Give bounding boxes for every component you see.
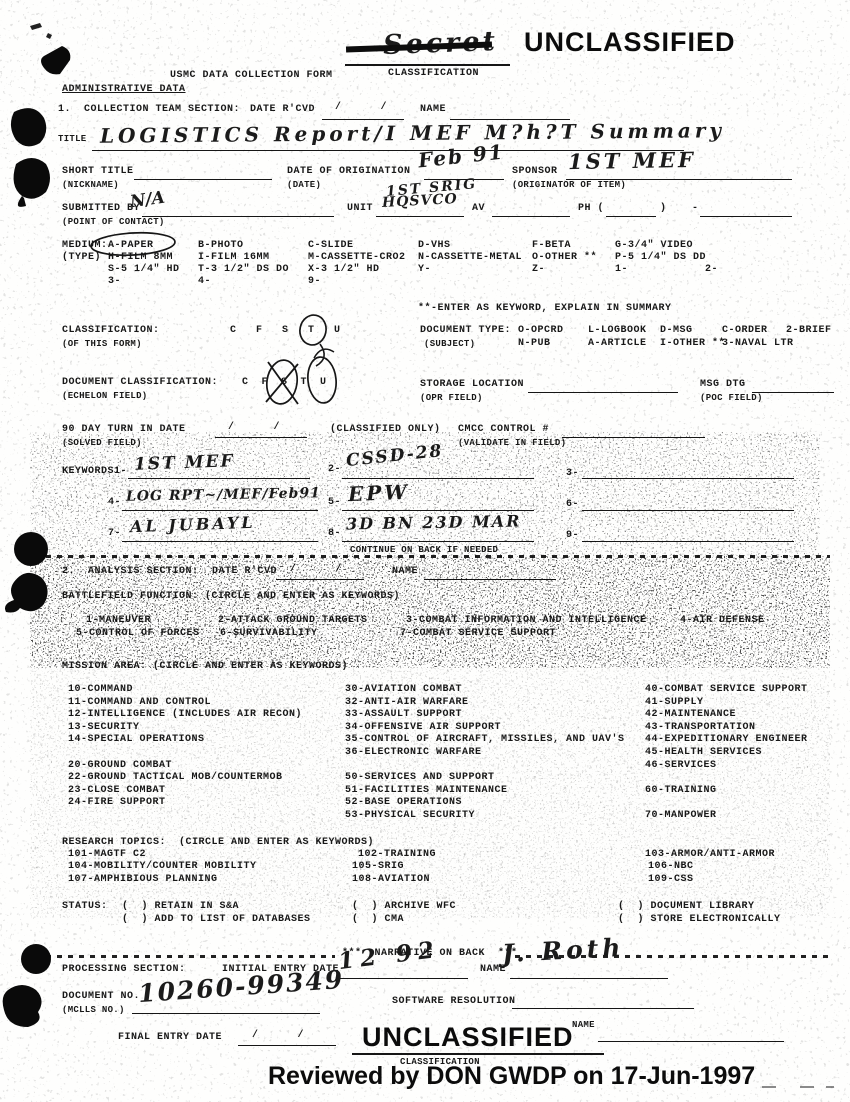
validate-caption: (VALIDATE IN FIELD) [458, 437, 566, 449]
circle-docclas-tail [314, 349, 334, 358]
unit-handwriting: HQSVCO [382, 191, 458, 211]
short-title-blank [134, 179, 272, 180]
submitted-handwriting: N/A [129, 188, 166, 213]
processing-label: PROCESSING SECTION: [62, 964, 186, 976]
doc-type-article: A-ARTICLE [588, 338, 647, 350]
doc-type-label: DOCUMENT TYPE: [420, 325, 511, 337]
kw-num-1: 1- [114, 466, 127, 478]
kw-num-6: 6- [566, 499, 579, 511]
doc-type-naval-ltr: 3-NAVAL LTR [722, 338, 794, 350]
ph-blank-1 [606, 216, 656, 217]
status-archive: ( ) ARCHIVE WFC [352, 901, 456, 913]
research-nbc: 106-NBC [648, 861, 694, 873]
kw-blank-2 [342, 478, 534, 479]
list-item: 51-FACILITIES MAINTENANCE [345, 785, 625, 798]
kw-num-7: 7- [108, 528, 121, 540]
medium-p-disk: P-5 1/4" DS DD [615, 252, 706, 264]
list-item: 34-OFFENSIVE AIR SUPPORT [345, 722, 625, 735]
research-aviation: 108-AVIATION [352, 874, 430, 886]
list-item: 23-CLOSE COMBAT [68, 785, 302, 798]
kw-value-8: 3D BN 23D MAR [346, 511, 522, 533]
s2-name-blank [424, 579, 556, 580]
ph-dash: - [692, 203, 699, 215]
bottom-name-blank [598, 1041, 784, 1042]
footer-dash-2 [800, 1086, 834, 1088]
av-blank [492, 216, 570, 217]
list-item: 44-EXPEDITIONARY ENGINEER [645, 734, 808, 747]
list-item: 60-TRAINING [645, 785, 808, 798]
list-item: 10-COMMAND [68, 684, 302, 697]
date-caption: (DATE) [287, 179, 321, 191]
research-armor: 103-ARMOR/ANTI-ARMOR [645, 849, 775, 861]
list-item: 35-CONTROL OF AIRCRAFT, MISSILES, AND UA… [345, 734, 625, 747]
bf-attack-ground: 2-ATTACK GROUND TARGETS [218, 615, 368, 627]
medium-s-disk: S-5 1/4" HD [108, 264, 180, 276]
kw-blank-8 [342, 541, 534, 542]
msg-dtg-label: MSG DTG [700, 379, 746, 391]
research-mobility: 104-MOBILITY/COUNTER MOBILITY [68, 861, 257, 873]
bf-survivability: 6-SURVIVABILITY [220, 628, 318, 640]
docclas-letters: C F S T U [242, 377, 327, 389]
bf-combat-service: 7-COMBAT SERVICE SUPPORT [400, 628, 556, 640]
kw-blank-9 [582, 541, 794, 542]
bf-combat-info: 3-COMBAT INFORMATION AND INTELLIGENCE [406, 615, 647, 627]
s2-date-rcvd-label: DATE R'CVD [212, 566, 277, 578]
kw-blank-1 [128, 478, 310, 479]
doc-type-logbook: L-LOGBOOK [588, 325, 647, 337]
list-item: 32-ANTI-AIR WARFARE [345, 697, 625, 710]
kw-num-9: 9- [566, 530, 579, 542]
turnin-blank [215, 437, 307, 438]
ink-blob [11, 108, 46, 146]
list-item: 36-ELECTRONIC WARFARE [345, 747, 625, 760]
kw-value-2: CSSD-28 [345, 441, 444, 471]
circle-clas-u-tail [316, 344, 324, 366]
medium-x-disk: X-3 1/2" HD [308, 264, 380, 276]
doc-type-msg: D-MSG [660, 325, 693, 337]
list-item: 42-MAINTENANCE [645, 709, 808, 722]
list-item: 43-TRANSPORTATION [645, 722, 808, 735]
kw-value-1: 1ST MEF [134, 451, 235, 474]
list-item: 22-GROUND TACTICAL MOB/COUNTERMOB [68, 772, 302, 785]
submitted-blank [142, 216, 334, 217]
status-retain: ( ) RETAIN IN S&A [122, 901, 239, 913]
medium-m-cassette: M-CASSETTE-CRO2 [308, 252, 406, 264]
medium-d-vhs: D-VHS [418, 240, 451, 252]
ink-blob [5, 573, 48, 613]
medium-footnote: **-ENTER AS KEYWORD, EXPLAIN IN SUMMARY [418, 303, 672, 315]
list-item [645, 772, 808, 785]
doc-type-order: C-ORDER [722, 325, 768, 337]
list-item [345, 760, 625, 773]
kw-num-2: 2- [328, 464, 341, 476]
status-cma: ( ) CMA [352, 914, 404, 926]
bf-control-forces: 5-CONTROL OF FORCES [76, 628, 200, 640]
kw-num-8: 8- [328, 528, 341, 540]
medium-2: 2- [705, 264, 718, 276]
poc-caption: (POINT OF CONTACT) [62, 216, 165, 228]
ink-blob [14, 532, 48, 566]
classified-only-label: (CLASSIFIED ONLY) [330, 424, 441, 436]
medium-3: 3- [108, 276, 121, 288]
document-no-label: DOCUMENT NO. [62, 991, 140, 1003]
research-css: 109-CSS [648, 874, 694, 886]
clas-of-form-caption: (OF THIS FORM) [62, 338, 142, 350]
final-entry-slashes: / / [252, 1030, 304, 1042]
medium-b-photo: B-PHOTO [198, 240, 244, 252]
medium-g-video: G-3/4" VIDEO [615, 240, 693, 252]
clas-letters: C F S T U [230, 325, 341, 337]
classification-caption: CLASSIFICATION [388, 68, 479, 80]
opr-caption: (OPR FIELD) [420, 392, 483, 404]
s2-date-blank [276, 579, 364, 580]
list-item: 33-ASSAULT SUPPORT [345, 709, 625, 722]
docclas-label: DOCUMENT CLASSIFICATION: [62, 377, 218, 389]
list-item [645, 797, 808, 810]
sponsor-handwriting: 1ST MEF [568, 147, 696, 174]
subject-caption: (SUBJECT) [424, 338, 475, 350]
unclassified-stamp-top: UNCLASSIFIED [524, 27, 736, 58]
medium-z: Z- [532, 264, 545, 276]
title-label: TITLE [58, 133, 87, 145]
research-amphibious: 107-AMPHIBIOUS PLANNING [68, 874, 218, 886]
list-item: 30-AVIATION COMBAT [345, 684, 625, 697]
solved-caption: (SOLVED FIELD) [62, 437, 142, 449]
cmcc-label: CMCC CONTROL # [458, 424, 549, 436]
storage-blank [528, 392, 678, 393]
date-rcvd-slashes: / / [335, 102, 387, 114]
name-label: NAME [420, 104, 446, 116]
list-item: 24-FIRE SUPPORT [68, 797, 302, 810]
stamp-underline [352, 1053, 604, 1055]
software-resolution-blank [512, 1008, 694, 1009]
list-item: 12-INTELLIGENCE (INCLUDES AIR RECON) [68, 709, 302, 722]
research-magtf: 101-MAGTF C2 [68, 849, 146, 861]
list-item: 13-SECURITY [68, 722, 302, 735]
short-title-label: SHORT TITLE [62, 166, 134, 178]
origination-label: DATE OF ORIGINATION [287, 166, 411, 178]
s2-name-label: NAME [392, 566, 418, 578]
narrative-divider-left [35, 955, 335, 958]
list-item: 20-GROUND COMBAT [68, 760, 302, 773]
list-item: 14-SPECIAL OPERATIONS [68, 734, 302, 747]
poc-field-caption: (POC FIELD) [700, 392, 763, 404]
kw-blank-6 [582, 510, 794, 511]
mclls-caption: (MCLLS NO.) [62, 1004, 125, 1016]
section-divider [35, 555, 830, 558]
msg-dtg-blank [752, 392, 834, 393]
submitted-by-label: SUBMITTED BY [62, 203, 140, 215]
kw-blank-7 [122, 541, 318, 542]
ink-blob [30, 23, 52, 39]
final-entry-label: FINAL ENTRY DATE [118, 1032, 222, 1044]
document-no-blank [132, 1013, 320, 1014]
section1-heading: 1. COLLECTION TEAM SECTION: [58, 104, 240, 116]
classification-line [345, 64, 510, 66]
doc-type-pub: N-PUB [518, 338, 551, 350]
title-handwriting: LOGISTICS Report/I MEF M?h?T Summary [100, 118, 725, 147]
list-item: 53-PHYSICAL SECURITY [345, 810, 625, 823]
s2-date-slashes: / / [290, 564, 342, 576]
echelon-caption: (ECHELON FIELD) [62, 390, 148, 402]
unit-blank [376, 216, 464, 217]
medium-1: 1- [615, 264, 628, 276]
list-item [68, 747, 302, 760]
kw-value-7: AL JUBAYL [130, 513, 256, 536]
ph-label: PH ( [578, 203, 604, 215]
list-item: 45-HEALTH SERVICES [645, 747, 808, 760]
kw-num-4: 4- [108, 497, 121, 509]
admin-data-heading: ADMINISTRATIVE DATA [62, 84, 186, 96]
ph-blank-2 [700, 216, 792, 217]
footer-dash-1 [762, 1086, 788, 1088]
unit-label: UNIT [347, 203, 373, 215]
bottom-name-label: NAME [572, 1019, 595, 1031]
medium-h-film: H-FILM 8MM [108, 252, 173, 264]
list-item: 41-SUPPLY [645, 697, 808, 710]
medium-9: 9- [308, 276, 321, 288]
section2-heading: 2. ANALYSIS SECTION: [62, 566, 199, 578]
mission-area-label: MISSION AREA: (CIRCLE AND ENTER AS KEYWO… [62, 661, 348, 673]
status-add-databases: ( ) ADD TO LIST OF DATABASES [122, 914, 311, 926]
medium-label: MEDIUM: [62, 240, 108, 252]
kw-value-4: LOG RPT~/MEF/Feb91 [126, 485, 321, 504]
software-resolution-label: SOFTWARE RESOLUTION [392, 996, 516, 1008]
battlefield-function-label: BATTLEFIELD FUNCTION: (CIRCLE AND ENTER … [62, 591, 400, 603]
form-title: USMC DATA COLLECTION FORM [170, 70, 333, 82]
bf-maneuver: 1-MANEUVER [86, 615, 151, 627]
list-item: 46-SERVICES [645, 760, 808, 773]
unclassified-stamp-bottom: UNCLASSIFIED [362, 1022, 574, 1053]
ink-blob [41, 46, 70, 74]
ink-blob [3, 985, 42, 1027]
originator-caption: (ORIGINATOR OF ITEM) [512, 179, 626, 191]
kw-value-5: EPW [348, 480, 411, 506]
medium-t-disk: T-3 1/2" DS DO [198, 264, 289, 276]
cmcc-blank [562, 437, 705, 438]
review-note: Reviewed by DON GWDP on 17-Jun-1997 [268, 1062, 755, 1091]
ink-blob [14, 158, 50, 207]
doc-type-other: I-OTHER ** [660, 338, 725, 350]
medium-a-paper: A-PAPER [108, 240, 154, 252]
medium-type-label: (TYPE) [62, 252, 101, 264]
medium-4: 4- [198, 276, 211, 288]
date-rcvd-label: DATE R'CVD [250, 104, 315, 116]
storage-label: STORAGE LOCATION [420, 379, 524, 391]
kw-blank-4 [122, 510, 318, 511]
keywords-label: KEYWORDS: [62, 466, 121, 478]
doc-type-opcrd: O-OPCRD [518, 325, 564, 337]
final-entry-blank [238, 1045, 336, 1046]
ink-blob [21, 944, 51, 974]
date-rcvd-blank [322, 119, 404, 120]
scanned-form-page: Secret CLASSIFICATION UNCLASSIFIED USMC … [0, 0, 850, 1102]
processing-name-blank [510, 978, 668, 979]
medium-i-film: I-FILM 16MM [198, 252, 270, 264]
processing-name-signature: J. Roth [501, 933, 625, 968]
initial-entry-blank [340, 978, 468, 979]
av-label: AV [472, 203, 485, 215]
status-doc-library: ( ) DOCUMENT LIBRARY [618, 901, 755, 913]
list-item: 40-COMBAT SERVICE SUPPORT [645, 684, 808, 697]
medium-c-slide: C-SLIDE [308, 240, 354, 252]
bf-air-defense: 4-AIR DEFENSE [680, 615, 765, 627]
mission-col-2: 30-AVIATION COMBAT32-ANTI-AIR WARFARE33-… [345, 684, 625, 823]
initial-entry-handwriting: 12 92 [337, 936, 442, 975]
list-item: 70-MANPOWER [645, 810, 808, 823]
kw-num-3: 3- [566, 468, 579, 480]
medium-f-beta: F-BETA [532, 240, 571, 252]
research-srig: 105-SRIG [352, 861, 404, 873]
turnin-slashes: / / [228, 422, 280, 434]
nickname-label: (NICKNAME) [62, 179, 119, 191]
kw-num-5: 5- [328, 497, 341, 509]
clas-label: CLASSIFICATION: [62, 325, 160, 337]
status-label: STATUS: [62, 901, 108, 913]
mission-col-3: 40-COMBAT SERVICE SUPPORT41-SUPPLY42-MAI… [645, 684, 808, 823]
turnin-label: 90 DAY TURN IN DATE [62, 424, 186, 436]
medium-n-cassette: N-CASSETTE-METAL [418, 252, 522, 264]
mission-col-1: 10-COMMAND11-COMMAND AND CONTROL12-INTEL… [68, 684, 302, 810]
status-store-electronically: ( ) STORE ELECTRONICALLY [618, 914, 781, 926]
list-item: 50-SERVICES AND SUPPORT [345, 772, 625, 785]
medium-o-other: O-OTHER ** [532, 252, 597, 264]
doc-type-brief: 2-BRIEF [786, 325, 832, 337]
kw-blank-3 [582, 478, 794, 479]
research-training: 102-TRAINING [358, 849, 436, 861]
sponsor-label: SPONSOR [512, 166, 558, 178]
list-item: 52-BASE OPERATIONS [345, 797, 625, 810]
medium-y: Y- [418, 264, 431, 276]
ph-close-paren: ) [660, 203, 667, 215]
list-item: 11-COMMAND AND CONTROL [68, 697, 302, 710]
research-topics-label: RESEARCH TOPICS: (CIRCLE AND ENTER AS KE… [62, 837, 374, 849]
